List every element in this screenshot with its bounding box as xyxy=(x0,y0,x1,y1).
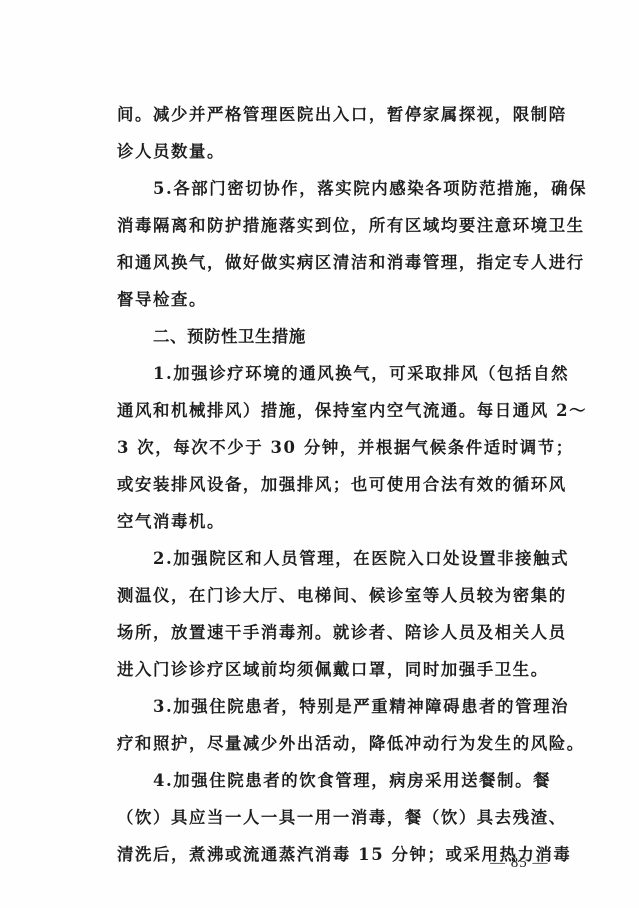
document-body: 间。减少并严格管理医院出入口，暂停家属探视，限制陪 诊人员数量。 5.各部门密切… xyxy=(117,96,547,873)
paragraph-line: 诊人员数量。 xyxy=(117,133,547,170)
paragraph-line-item-1: 1.加强诊疗环境的通风换气，可采取排风（包括自然 xyxy=(117,355,547,392)
paragraph-line: 和通风换气，做好做实病区清洁和消毒管理，指定专人进行 xyxy=(117,244,547,281)
paragraph-line: 或安装排风设备，加强排风；也可使用合法有效的循环风 xyxy=(117,466,547,503)
paragraph-line: 进入门诊诊疗区域前均须佩戴口罩，同时加强手卫生。 xyxy=(117,651,547,688)
paragraph-line: 消毒隔离和防护措施落实到位，所有区域均要注意环境卫生 xyxy=(117,207,547,244)
paragraph-line: 间。减少并严格管理医院出入口，暂停家属探视，限制陪 xyxy=(117,96,547,133)
document-page: 间。减少并严格管理医院出入口，暂停家属探视，限制陪 诊人员数量。 5.各部门密切… xyxy=(0,0,639,908)
paragraph-line: 3 次，每次不少于 30 分钟，并根据气候条件适时调节； xyxy=(117,429,547,466)
paragraph-line: 空气消毒机。 xyxy=(117,503,547,540)
paragraph-line: 督导检查。 xyxy=(117,281,547,318)
paragraph-line-item-3: 3.加强住院患者，特别是严重精神障碍患者的管理治 xyxy=(117,688,547,725)
paragraph-line: 疗和照护，尽量减少外出活动，降低冲动行为发生的风险。 xyxy=(117,725,547,762)
paragraph-line-item-5: 5.各部门密切协作，落实院内感染各项防范措施，确保 xyxy=(117,170,547,207)
paragraph-line: 清洗后，煮沸或流通蒸汽消毒 15 分钟；或采用热力消毒 xyxy=(117,836,547,873)
paragraph-line: 测温仪，在门诊大厅、电梯间、候诊室等人员较为密集的 xyxy=(117,577,547,614)
paragraph-line-item-4: 4.加强住院患者的饮食管理，病房采用送餐制。餐 xyxy=(117,762,547,799)
paragraph-line-item-2: 2.加强院区和人员管理，在医院入口处设置非接触式 xyxy=(117,540,547,577)
section-heading: 二、预防性卫生措施 xyxy=(117,318,547,355)
page-number: — 85 — xyxy=(490,855,549,872)
paragraph-line: （饮）具应当一人一具一用一消毒，餐（饮）具去残渣、 xyxy=(117,799,547,836)
paragraph-line: 场所，放置速干手消毒剂。就诊者、陪诊人员及相关人员 xyxy=(117,614,547,651)
paragraph-line: 通风和机械排风）措施，保持室内空气流通。每日通风 2～ xyxy=(117,392,547,429)
